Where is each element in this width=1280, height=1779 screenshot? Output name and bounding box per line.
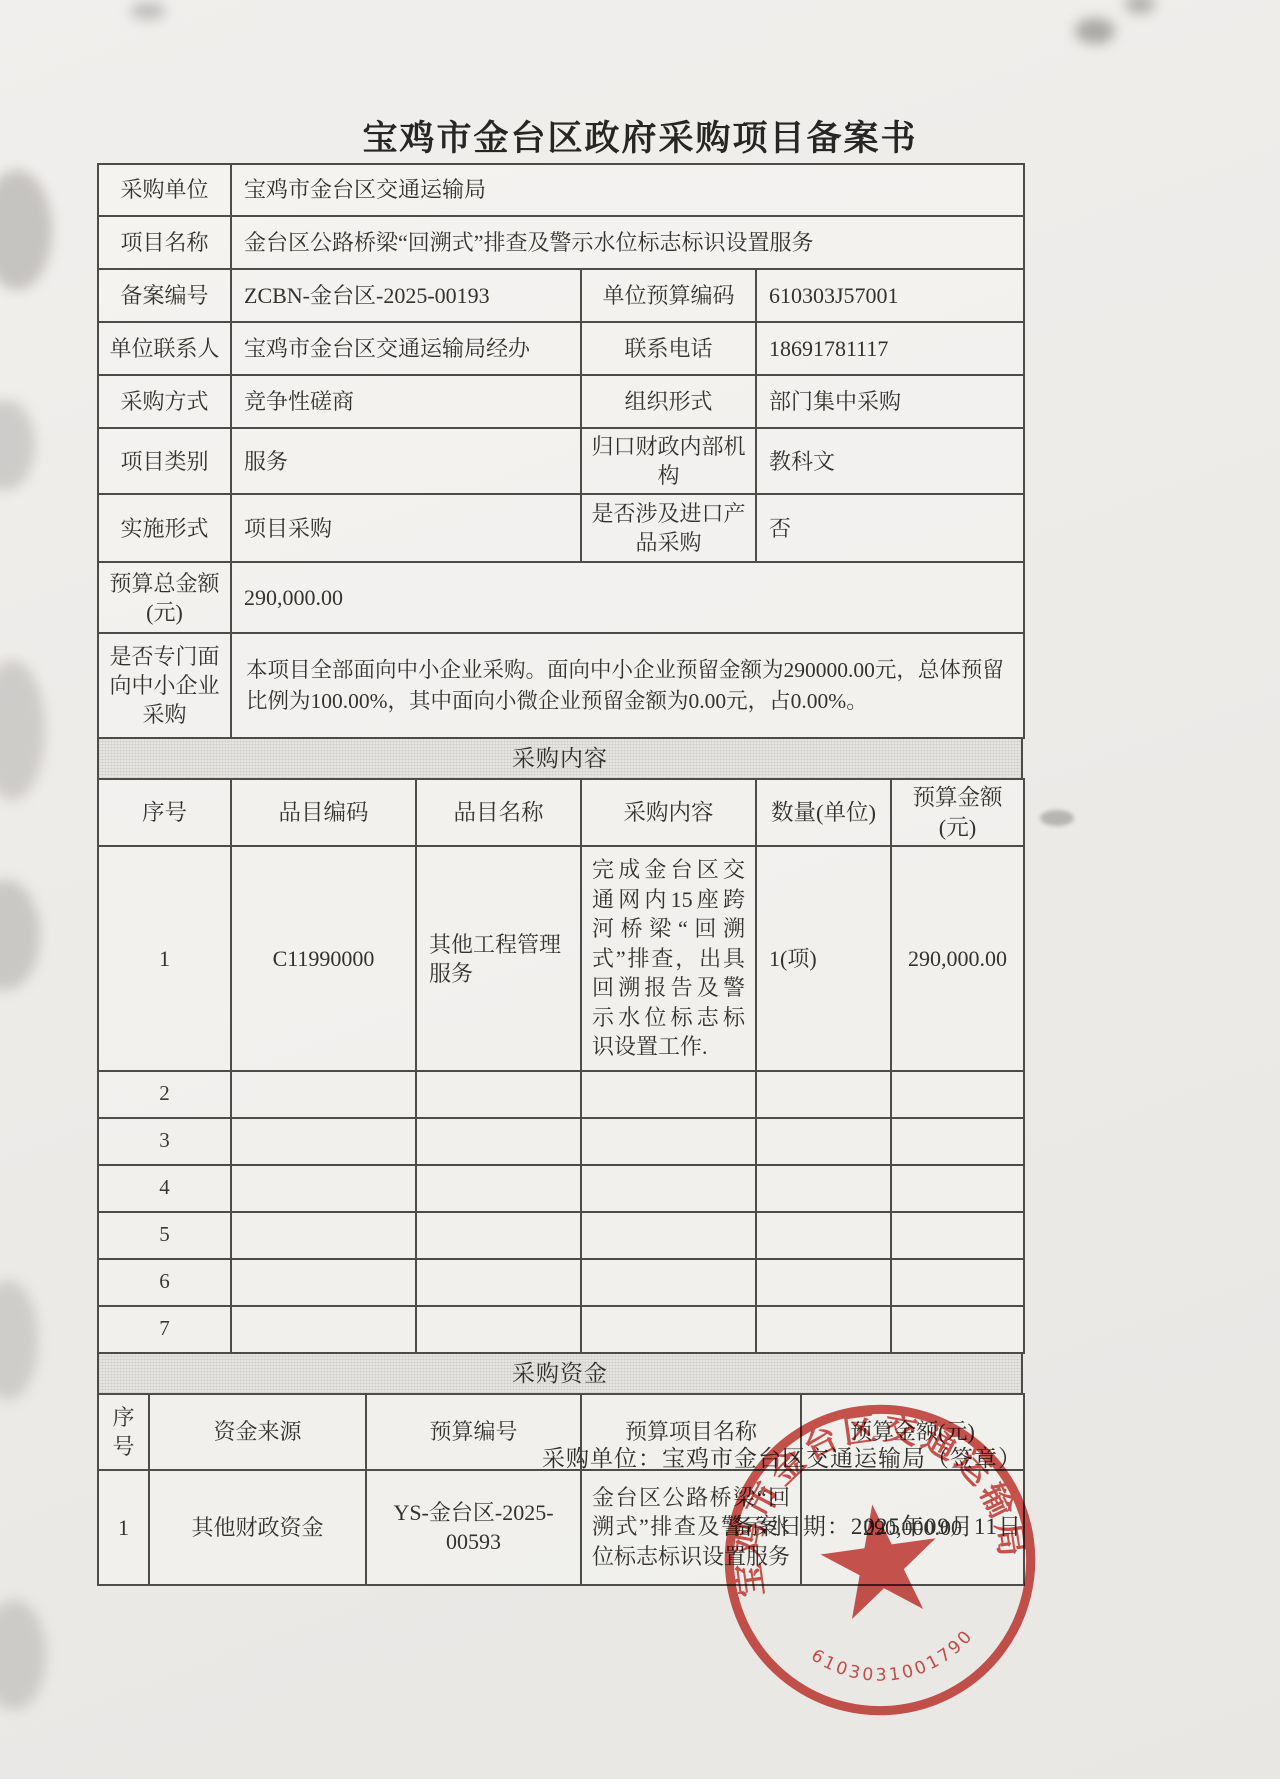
sme-label: 是否专门面向中小企业采购 bbox=[98, 633, 231, 738]
content-header-budget: 预算金额(元) bbox=[891, 779, 1024, 846]
procurement-funds-table: 序号 资金来源 预算编号 预算项目名称 预算金额(元) 1 其他财政资金 YS-… bbox=[97, 1393, 1025, 1586]
purchase-unit-label: 采购单位 bbox=[98, 164, 231, 216]
row-contact: 单位联系人 宝鸡市金台区交通运输局经办 联系电话 18691781117 bbox=[98, 322, 1024, 375]
content-row3-no: 3 bbox=[98, 1118, 231, 1165]
category-label: 项目类别 bbox=[98, 428, 231, 494]
impl-form-value: 项目采购 bbox=[231, 494, 581, 562]
content-row7-no: 7 bbox=[98, 1306, 231, 1353]
content-header-item-name: 品目名称 bbox=[416, 779, 581, 846]
project-name-value: 金台区公路桥梁“回溯式”排查及警示水位标志标识设置服务 bbox=[231, 216, 1024, 269]
content-row6-no: 6 bbox=[98, 1259, 231, 1306]
content-header-quantity: 数量(单位) bbox=[756, 779, 891, 846]
scan-artifact bbox=[0, 1600, 46, 1710]
form-body: 采购单位 宝鸡市金台区交通运输局 项目名称 金台区公路桥梁“回溯式”排查及警示水… bbox=[97, 163, 1023, 1586]
row-total-budget: 预算总金额(元) 290,000.00 bbox=[98, 562, 1024, 633]
scanned-document-page: 宝鸡市金台区政府采购项目备案书 采购单位 宝鸡市金台区交通运输局 项目名称 金台… bbox=[0, 0, 1280, 1779]
unit-budget-code-label: 单位预算编码 bbox=[581, 269, 756, 322]
finance-dept-label: 归口财政内部机构 bbox=[581, 428, 756, 494]
sme-value: 本项目全部面向中小企业采购。面向中小企业预留金额为290000.00元，总体预留… bbox=[231, 633, 1024, 738]
funds-section-header: 采购资金 bbox=[97, 1352, 1023, 1395]
scan-artifact bbox=[0, 400, 35, 490]
purchase-unit-value: 宝鸡市金台区交通运输局 bbox=[231, 164, 1024, 216]
contact-value: 宝鸡市金台区交通运输局经办 bbox=[231, 322, 581, 375]
row-filing-number: 备案编号 ZCBN-金台区-2025-00193 单位预算编码 610303J5… bbox=[98, 269, 1024, 322]
content-row-1: 1 C11990000 其他工程管理服务 完成金台区交通网内15座跨河桥梁“回溯… bbox=[98, 846, 1024, 1070]
project-name-label: 项目名称 bbox=[98, 216, 231, 269]
total-budget-label: 预算总金额(元) bbox=[98, 562, 231, 633]
content-row1-no: 1 bbox=[98, 846, 231, 1070]
total-budget-value: 290,000.00 bbox=[231, 562, 1024, 633]
row-project-name: 项目名称 金台区公路桥梁“回溯式”排查及警示水位标志标识设置服务 bbox=[98, 216, 1024, 269]
phone-value: 18691781117 bbox=[756, 322, 1024, 375]
scan-artifact bbox=[130, 2, 166, 20]
filing-number-label: 备案编号 bbox=[98, 269, 231, 322]
row-method: 采购方式 竞争性磋商 组织形式 部门集中采购 bbox=[98, 375, 1024, 428]
unit-budget-code-value: 610303J57001 bbox=[756, 269, 1024, 322]
content-row5-no: 5 bbox=[98, 1212, 231, 1259]
project-info-table: 采购单位 宝鸡市金台区交通运输局 项目名称 金台区公路桥梁“回溯式”排查及警示水… bbox=[97, 163, 1025, 739]
filing-number-value: ZCBN-金台区-2025-00193 bbox=[231, 269, 581, 322]
scan-artifact bbox=[0, 880, 40, 990]
footer-unit-signature-line: 采购单位：宝鸡市金台区交通运输局（签章） bbox=[0, 1440, 1022, 1473]
category-value: 服务 bbox=[231, 428, 581, 494]
content-row-3: 3 bbox=[98, 1118, 1024, 1165]
content-row1-content: 完成金台区交通网内15座跨河桥梁“回溯式”排查，出具回溯报告及警示水位标志标识设… bbox=[581, 846, 756, 1070]
content-header-item-code: 品目编码 bbox=[231, 779, 416, 846]
procurement-content-table: 序号 品目编码 品目名称 采购内容 数量(单位) 预算金额(元) 1 C1199… bbox=[97, 778, 1025, 1354]
content-row1-budget: 290,000.00 bbox=[891, 846, 1024, 1070]
impl-form-label: 实施形式 bbox=[98, 494, 231, 562]
import-value: 否 bbox=[756, 494, 1024, 562]
content-section-header: 采购内容 bbox=[97, 737, 1023, 780]
org-form-value: 部门集中采购 bbox=[756, 375, 1024, 428]
scan-artifact bbox=[1125, 0, 1155, 14]
content-row1-quantity: 1(项) bbox=[756, 846, 891, 1070]
seal-code: 6103031001790 bbox=[805, 1623, 983, 1696]
scan-artifact bbox=[0, 1280, 38, 1400]
content-row-6: 6 bbox=[98, 1259, 1024, 1306]
content-row4-no: 4 bbox=[98, 1165, 231, 1212]
content-row-7: 7 bbox=[98, 1306, 1024, 1353]
content-row-2: 2 bbox=[98, 1071, 1024, 1118]
content-row1-item-name: 其他工程管理服务 bbox=[416, 846, 581, 1070]
document-title: 宝鸡市金台区政府采购项目备案书 bbox=[0, 111, 1280, 161]
method-value: 竞争性磋商 bbox=[231, 375, 581, 428]
contact-label: 单位联系人 bbox=[98, 322, 231, 375]
row-category: 项目类别 服务 归口财政内部机构 教科文 bbox=[98, 428, 1024, 494]
finance-dept-value: 教科文 bbox=[756, 428, 1024, 494]
content-row1-item-code: C11990000 bbox=[231, 846, 416, 1070]
svg-text:6103031001790: 6103031001790 bbox=[805, 1623, 983, 1696]
content-row2-no: 2 bbox=[98, 1071, 231, 1118]
phone-label: 联系电话 bbox=[581, 322, 756, 375]
row-implementation: 实施形式 项目采购 是否涉及进口产品采购 否 bbox=[98, 494, 1024, 562]
content-header-no: 序号 bbox=[98, 779, 231, 846]
content-header-content: 采购内容 bbox=[581, 779, 756, 846]
import-label: 是否涉及进口产品采购 bbox=[581, 494, 756, 562]
footer-filing-date-line: 备案日期：2025年09月11日 bbox=[0, 1508, 1022, 1541]
scan-artifact bbox=[1075, 18, 1115, 44]
content-row-5: 5 bbox=[98, 1212, 1024, 1259]
scan-artifact bbox=[0, 660, 45, 800]
org-form-label: 组织形式 bbox=[581, 375, 756, 428]
content-header-row: 序号 品目编码 品目名称 采购内容 数量(单位) 预算金额(元) bbox=[98, 779, 1024, 846]
content-row-4: 4 bbox=[98, 1165, 1024, 1212]
row-sme: 是否专门面向中小企业采购 本项目全部面向中小企业采购。面向中小企业预留金额为29… bbox=[98, 633, 1024, 738]
method-label: 采购方式 bbox=[98, 375, 231, 428]
row-purchase-unit: 采购单位 宝鸡市金台区交通运输局 bbox=[98, 164, 1024, 216]
scan-artifact bbox=[0, 170, 52, 290]
scan-artifact bbox=[1040, 810, 1074, 826]
